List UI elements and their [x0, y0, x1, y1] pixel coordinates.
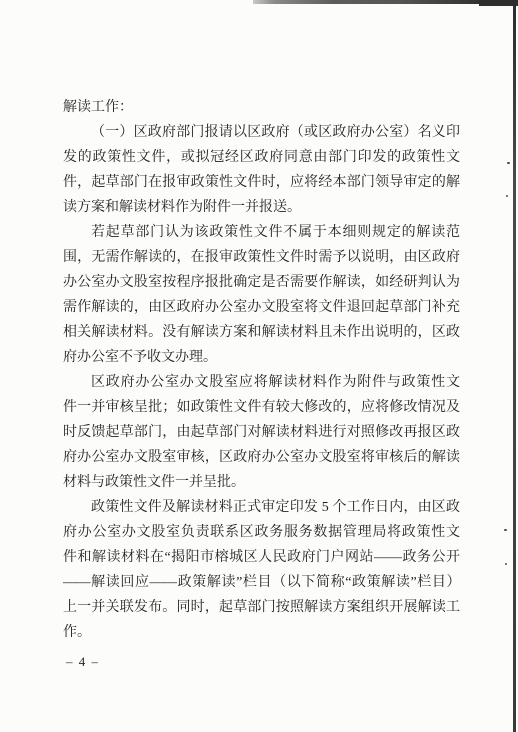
text-line: 府办公室办文股室审核，区政府办公室办文股室将审核后的解读 [63, 445, 460, 470]
text-line: 需作解读的，由区政府办公室办文股室将文件退回起草部门补充 [63, 295, 460, 320]
text-line: 府办公室办文股室负责联系区政务服务数据管理局将政策性文 [63, 520, 460, 545]
text-line: 区政府办公室办文股室应将解读材料作为附件与政策性文 [63, 370, 460, 395]
text-line: 时反馈起草部门，由起草部门对解读材料进行对照修改再报区政 [63, 420, 460, 445]
text-line: 件和解读材料在“揭阳市榕城区人民政府门户网站——政务公开 [63, 545, 460, 570]
text-line: （一）区政府部门报请以区政府（或区政府办公室）名义印 [63, 120, 460, 145]
ink-speck [504, 529, 507, 531]
text-line: 件，起草部门在报审政策性文件时，应将经本部门领导审定的解 [63, 170, 460, 195]
text-line: 若起草部门认为该政策性文件不属于本细则规定的解读范 [63, 220, 460, 245]
text-line: 围，无需作解读的，在报审政策性文件时需予以说明，由区政府 [63, 245, 460, 270]
text-line: 上一并关联发布。同时，起草部门按照解读方案组织开展解读工 [63, 595, 460, 620]
text-line: ——解读回应——政策解读”栏目（以下简称“政策解读”栏目） [63, 570, 460, 595]
text-line: 政策性文件及解读材料正式审定印发 5 个工作日内，由区政 [63, 495, 460, 520]
ink-speck [506, 195, 508, 197]
text-line: 作。 [63, 620, 460, 645]
text-line: 府办公室不予收文办理。 [63, 345, 460, 370]
document-body: 解读工作： （一）区政府部门报请以区政府（或区政府办公室）名义印 发的政策性文件… [63, 95, 460, 645]
text-line: 发的政策性文件，或拟冠经区政府同意由部门印发的政策性文 [63, 145, 460, 170]
text-line: 解读工作： [63, 95, 460, 120]
ink-speck [505, 563, 507, 565]
scan-artifact-right-edge [513, 0, 516, 732]
text-line: 件一并审核呈批；如政策性文件有较大修改的，应将修改情况及 [63, 395, 460, 420]
text-line: 读方案和解读材料作为附件一并报送。 [63, 195, 460, 220]
document-page: 解读工作： （一）区政府部门报请以区政府（或区政府办公室）名义印 发的政策性文件… [0, 0, 518, 732]
text-line: 相关解读材料。没有解读方案和解读材料且未作出说明的，区政 [63, 320, 460, 345]
text-line: 材料与政策性文件一并呈批。 [63, 470, 460, 495]
page-number: – 4 – [66, 654, 100, 670]
text-line: 办公室办文股室按程序报批确定是否需要作解读，如经研判认为 [63, 270, 460, 295]
ink-speck [507, 162, 510, 164]
